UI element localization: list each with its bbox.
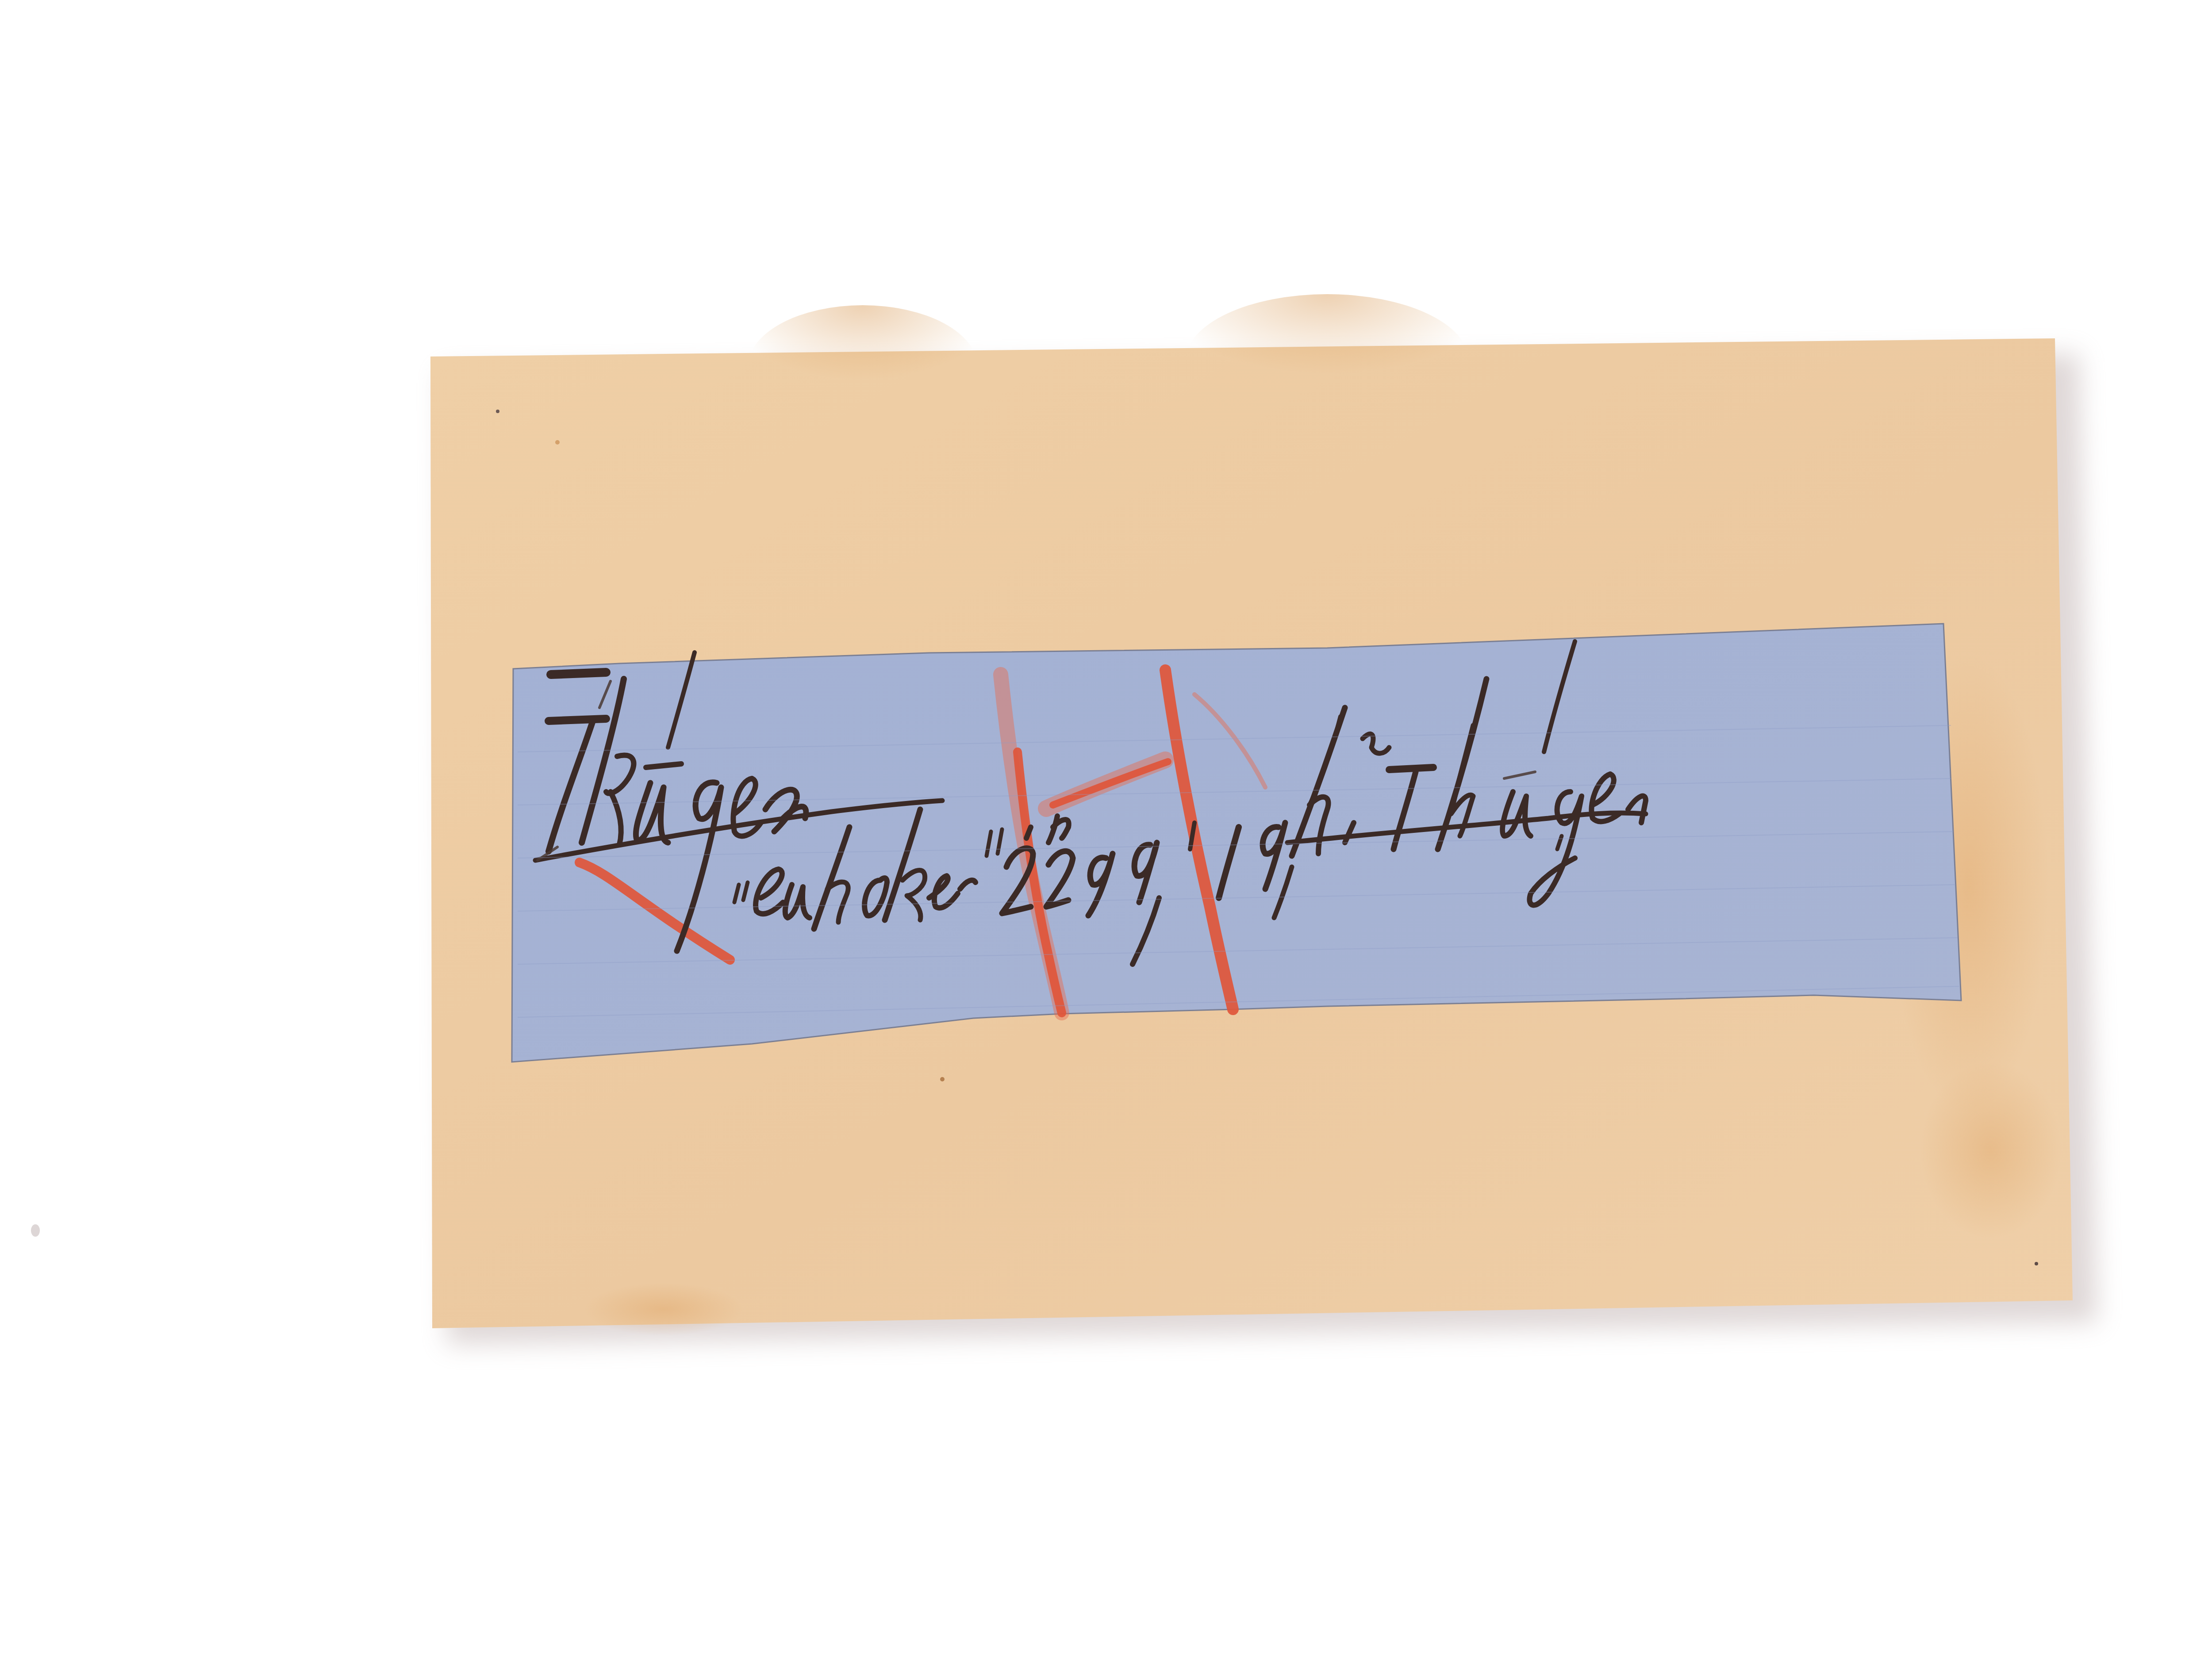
dust-speck [31, 1224, 40, 1237]
document-photo [0, 0, 2212, 1656]
